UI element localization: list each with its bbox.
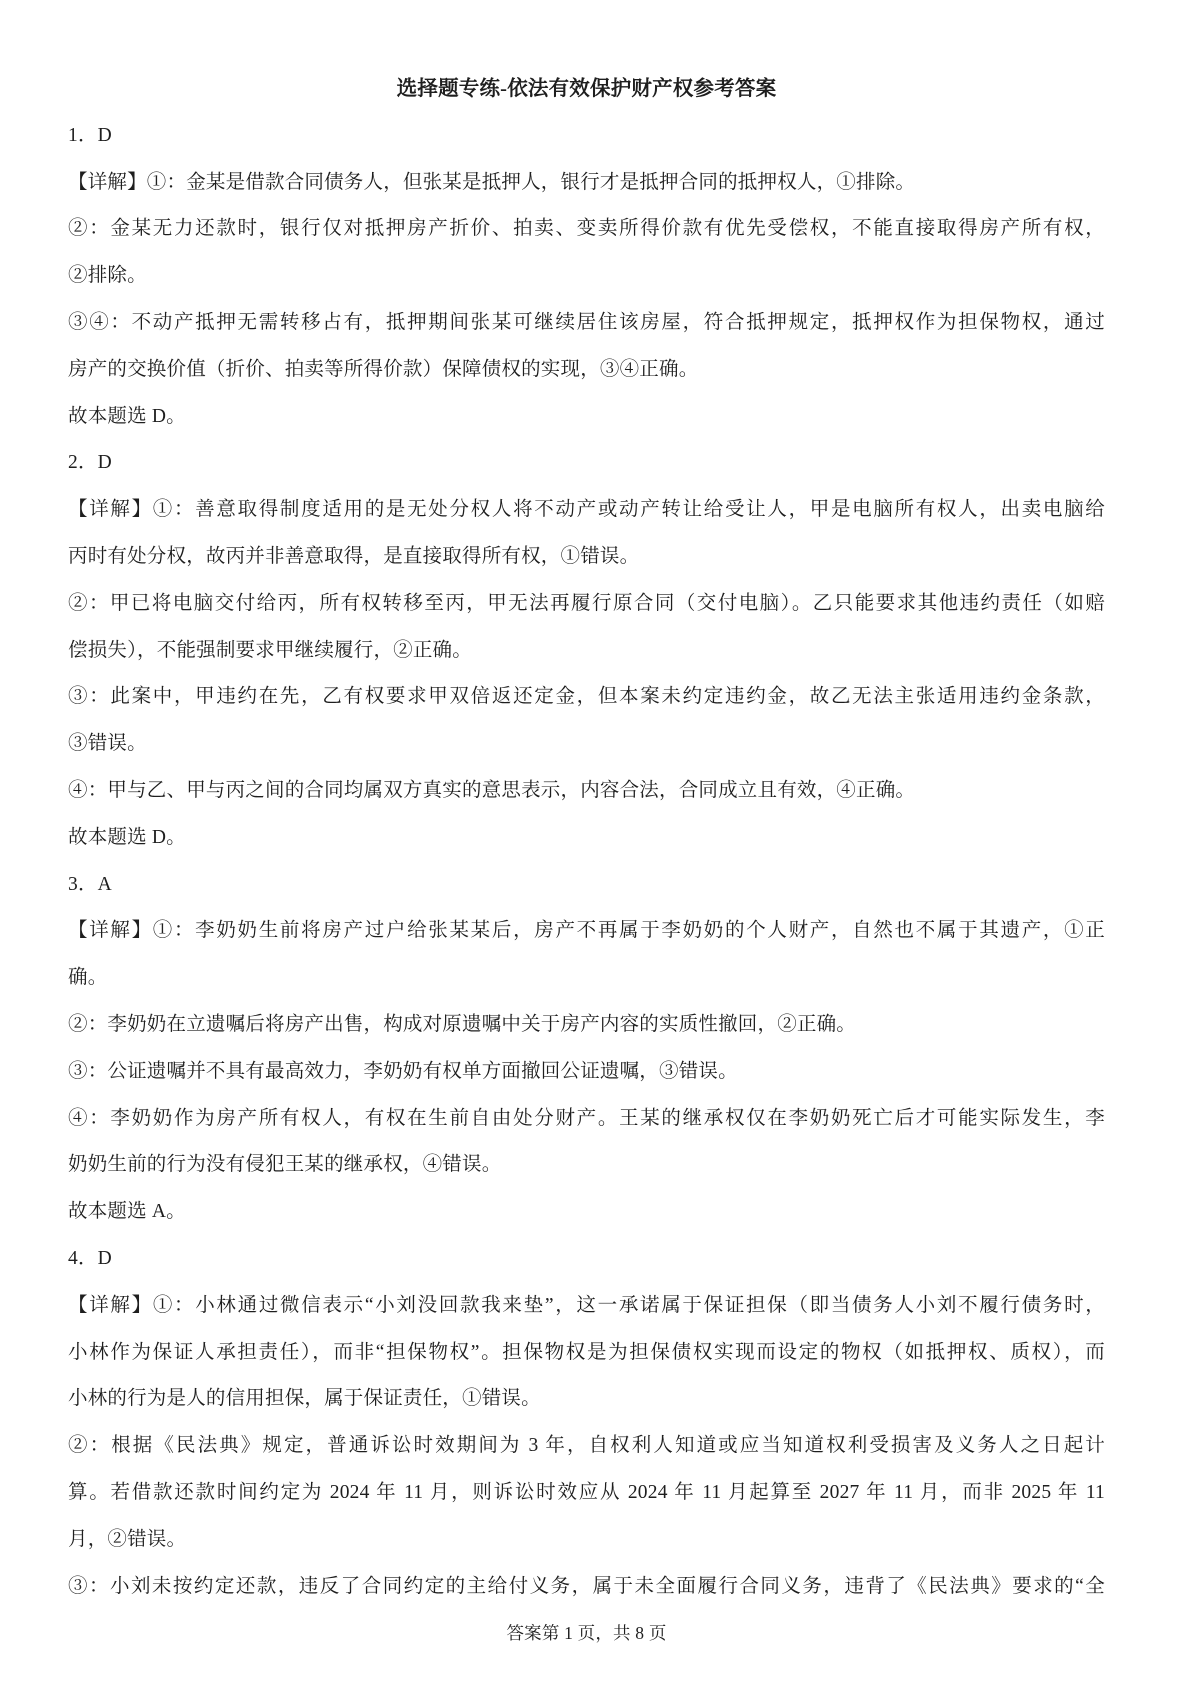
text-line: 奶奶生前的行为没有侵犯王某的继承权，④错误。 xyxy=(68,1142,1105,1189)
text-line: 算。若借款还款时间约定为 2024 年 11 月，则诉讼时效应从 2024 年 … xyxy=(68,1470,1105,1517)
text-line: 房产的交换价值（折价、拍卖等所得价款）保障债权的实现，③④正确。 xyxy=(68,347,1105,394)
text-line: 偿损失），不能强制要求甲继续履行，②正确。 xyxy=(68,628,1105,675)
text-line: ③：小刘未按约定还款，违反了合同约定的主给付义务，属于未全面履行合同义务，违背了… xyxy=(68,1564,1105,1611)
text-line: 【详解】①：善意取得制度适用的是无处分权人将不动产或动产转让给受让人，甲是电脑所… xyxy=(68,487,1105,534)
text-line: ③：公证遗嘱并不具有最高效力，李奶奶有权单方面撤回公证遗嘱，③错误。 xyxy=(68,1049,1105,1096)
text-line: 故本题选 A。 xyxy=(68,1189,1105,1236)
text-line: 丙时有处分权，故丙并非善意取得，是直接取得所有权，①错误。 xyxy=(68,534,1105,581)
text-line: 故本题选 D。 xyxy=(68,815,1105,862)
text-line: 月，②错误。 xyxy=(68,1517,1105,1564)
text-line: 小林的行为是人的信用担保，属于保证责任，①错误。 xyxy=(68,1376,1105,1423)
question-answer: 1．D xyxy=(68,113,1105,160)
question-answer: 3．A xyxy=(68,862,1105,909)
page-title: 选择题专练-依法有效保护财产权参考答案 xyxy=(68,66,1105,113)
text-line: 故本题选 D。 xyxy=(68,394,1105,441)
document-page: 选择题专练-依法有效保护财产权参考答案 1．D【详解】①：金某是借款合同债务人，… xyxy=(0,0,1190,1657)
question-answer: 2．D xyxy=(68,440,1105,487)
text-line: 小林作为保证人承担责任），而非“担保物权”。担保物权是为担保债权实现而设定的物权… xyxy=(68,1330,1105,1377)
text-line: ④：甲与乙、甲与丙之间的合同均属双方真实的意思表示，内容合法，合同成立且有效，④… xyxy=(68,768,1105,815)
text-line: 【详解】①：李奶奶生前将房产过户给张某某后，房产不再属于李奶奶的个人财产，自然也… xyxy=(68,908,1105,955)
text-line: ②：李奶奶在立遗嘱后将房产出售，构成对原遗嘱中关于房产内容的实质性撤回，②正确。 xyxy=(68,1002,1105,1049)
text-line: 【详解】①：小林通过微信表示“小刘没回款我来垫”，这一承诺属于保证担保（即当债务… xyxy=(68,1283,1105,1330)
text-line: 【详解】①：金某是借款合同债务人，但张某是抵押人，银行才是抵押合同的抵押权人，①… xyxy=(68,160,1105,207)
text-line: ②排除。 xyxy=(68,253,1105,300)
text-line: 确。 xyxy=(68,955,1105,1002)
question-answer: 4．D xyxy=(68,1236,1105,1283)
document-body: 1．D【详解】①：金某是借款合同债务人，但张某是抵押人，银行才是抵押合同的抵押权… xyxy=(68,113,1105,1611)
text-line: ②：甲已将电脑交付给丙，所有权转移至丙，甲无法再履行原合同（交付电脑）。乙只能要… xyxy=(68,581,1105,628)
text-line: ④：李奶奶作为房产所有权人，有权在生前自由处分财产。王某的继承权仅在李奶奶死亡后… xyxy=(68,1096,1105,1143)
text-line: ③④：不动产抵押无需转移占有，抵押期间张某可继续居住该房屋，符合抵押规定，抵押权… xyxy=(68,300,1105,347)
page-footer: 答案第 1 页，共 8 页 xyxy=(68,1610,1105,1657)
text-line: ②：金某无力还款时，银行仅对抵押房产折价、拍卖、变卖所得价款有优先受偿权，不能直… xyxy=(68,206,1105,253)
text-line: ③错误。 xyxy=(68,721,1105,768)
text-line: ②：根据《民法典》规定，普通诉讼时效期间为 3 年，自权利人知道或应当知道权利受… xyxy=(68,1423,1105,1470)
text-line: ③：此案中，甲违约在先，乙有权要求甲双倍返还定金，但本案未约定违约金，故乙无法主… xyxy=(68,674,1105,721)
